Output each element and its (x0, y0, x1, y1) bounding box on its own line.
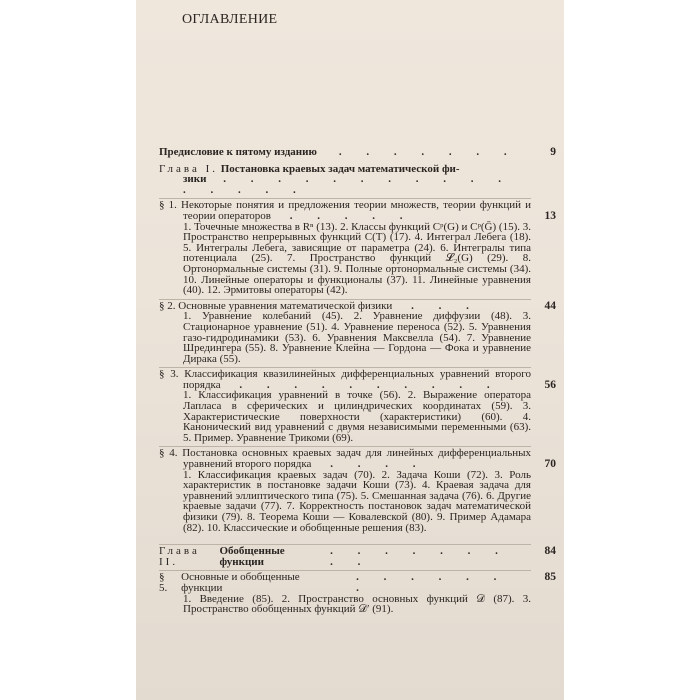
table-of-contents: Предисловие к пятому изданию . . . . . .… (159, 147, 531, 615)
toc-entry-section-5[interactable]: § 5. Основные и обобщенные функции . . .… (159, 572, 531, 614)
page-number: 56 (545, 380, 557, 391)
section-number: § 4. (159, 447, 177, 459)
toc-entry-section-3[interactable]: § 3. Классификация квазилинейных диффере… (159, 369, 531, 443)
section-contents: 1. Уравнение колебаний (45). 2. Уравнени… (159, 311, 531, 364)
section-contents: 1. Классификация краевых задач (70). 2. … (159, 470, 531, 534)
chapter-prefix: Глава II. (159, 546, 215, 567)
toc-entry-chapter-1[interactable]: Глава I. Постановка краевых задач матема… (159, 164, 531, 196)
chapter-title: Обобщенные функции (219, 546, 316, 567)
leader-dots: . . . . . . . . . (330, 546, 531, 567)
toc-entry-section-2[interactable]: § 2. Основные уравнения математической ф… (159, 301, 531, 365)
leader-dots: . . . . . . . . . . . . . . . . (183, 173, 512, 196)
page-number: 84 (545, 546, 557, 557)
section-number: § 1. (159, 199, 177, 211)
page-number: 44 (545, 301, 557, 312)
preface-label: Предисловие к пятому изданию (159, 147, 317, 158)
section-contents: 1. Введение (85). 2. Пространство основн… (159, 594, 531, 615)
toc-entry-section-1[interactable]: § 1. Некоторые понятия и предложения тео… (159, 200, 531, 295)
book-page: ОГЛАВЛЕНИЕ Предисловие к пятому изданию … (136, 0, 564, 700)
leader-dots: . . . . . . . (356, 572, 531, 593)
page-number: 85 (545, 572, 557, 583)
section-contents: 1. Точечные множества в Rⁿ (13). 2. Клас… (159, 222, 531, 296)
section-number: § 3. (159, 368, 179, 380)
toc-entry-preface[interactable]: Предисловие к пятому изданию . . . . . .… (159, 147, 531, 158)
section-number: § 2. (159, 300, 176, 312)
section-title: Основные и обобщенные функции (181, 572, 340, 593)
toc-entry-chapter-2[interactable]: Глава II. Обобщенные функции . . . . . .… (159, 546, 531, 567)
leader-dots: . . . . . . . (339, 147, 518, 158)
page-number: 70 (545, 459, 557, 470)
page-title: ОГЛАВЛЕНИЕ (182, 12, 277, 28)
toc-entry-section-4[interactable]: § 4. Постановка основных краевых задач д… (159, 448, 531, 533)
page-number: 13 (545, 211, 557, 222)
section-contents: 1. Классификация уравнений в точке (56).… (159, 390, 531, 443)
section-number: § 5. (159, 572, 175, 593)
page-number: 9 (550, 147, 556, 158)
